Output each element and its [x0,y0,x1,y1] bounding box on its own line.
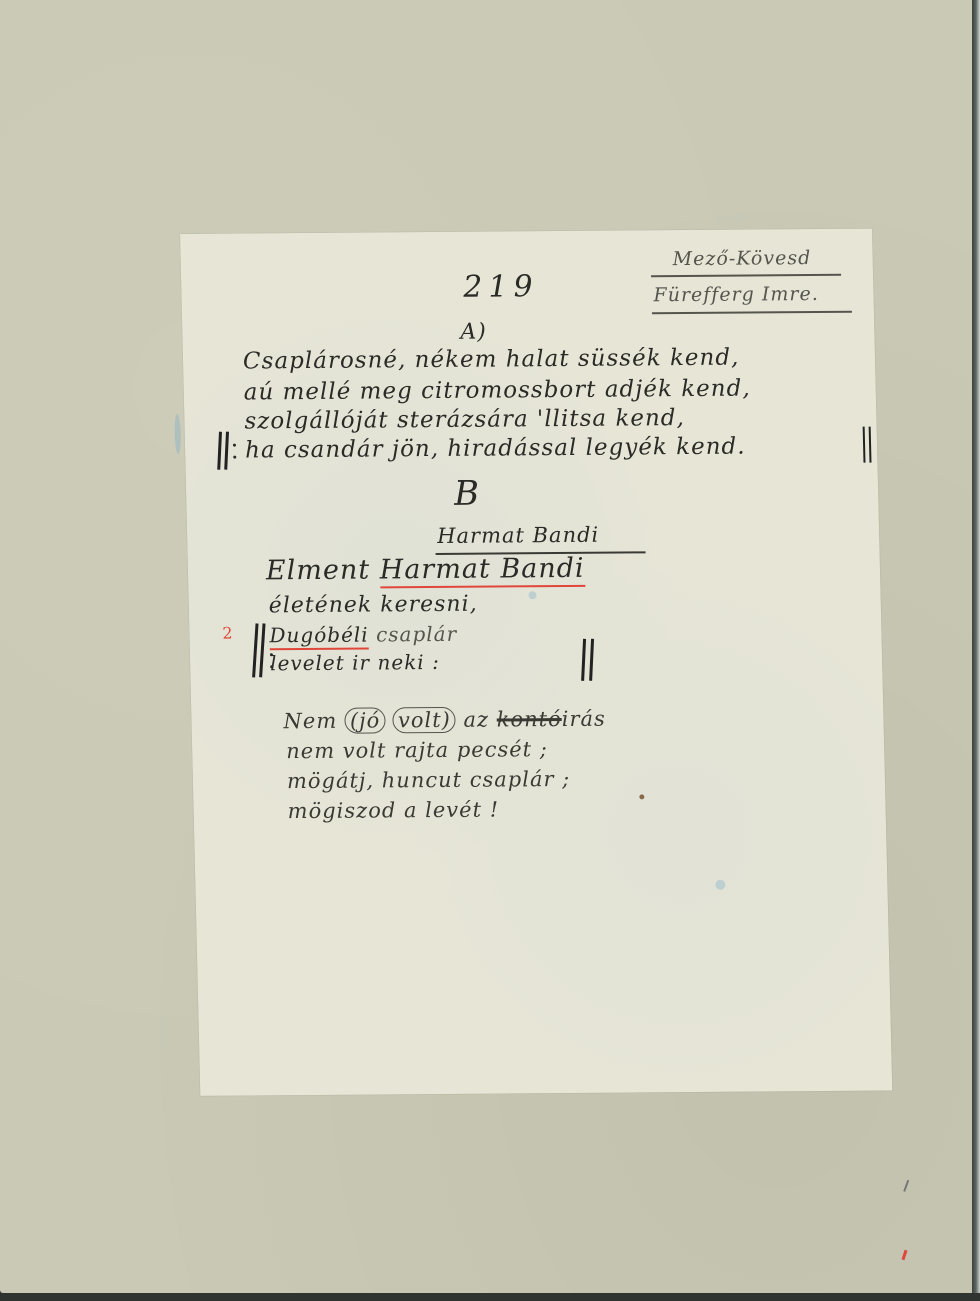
section-a-label: A) [460,320,487,345]
repeat-start-bar [252,623,258,677]
section-b-line-4: levelet ir neki : [270,650,440,675]
repeat-start-bar [217,432,222,470]
location-rule [651,274,841,277]
location-annotation: Mező-Kövesd [672,247,811,270]
pencil-text: csaplár [368,622,457,647]
manuscript-sheet: 219 Mező-Kövesd Fürefferg Imre. A) Csapl… [180,229,892,1096]
repeat-end-bar [581,639,586,681]
margin-red-mark: 2 [222,624,234,643]
section-a-line-4: ha csandár jön, hiradással legyék kend. [245,434,746,464]
section-a-line-1: Csaplárosné, nékem halat süssék kend, [243,345,740,375]
section-b-line-2: életének keresni, [268,592,477,619]
section-c-line-2: nem volt rajta pecsét ; [286,737,548,763]
repeat-start-bar [259,623,265,677]
pencil-mark [903,1180,909,1192]
section-a-line-3: szolgállóját sterázsára 'llitsa kend, [244,405,685,434]
section-c-line-4: mögiszod a levét ! [287,798,499,824]
section-b-line-3: Dugóbéli csaplár [269,622,457,647]
section-c-line-3: mögátj, huncut csaplár ; [287,767,571,793]
collector-annotation: Fürefferg Imre. [653,283,819,306]
red-underlined-word: Dugóbéli [269,623,369,651]
page-number: 219 [463,269,539,305]
scanner-edge [972,0,980,1301]
section-b-line-1: Elment Harmat Bandi [266,553,585,586]
section-c-line-1: Nem (jó volt) az kontóirás [283,707,606,734]
line-text: Elment [266,554,380,586]
circled-word: volt) [393,707,456,733]
repeat-start-bar [224,432,229,470]
collector-rule [652,311,852,314]
circled-word: (jó [345,707,386,733]
section-b-title: Harmat Bandi [437,523,600,548]
repeat-end-bar [869,427,872,463]
mounting-board: 219 Mező-Kövesd Fürefferg Imre. A) Csapl… [0,0,972,1293]
scanner-edge [0,1293,980,1301]
red-fleck [902,1250,908,1260]
repeat-end-bar [863,427,866,463]
section-a-line-2: aú mellé meg citromossbort adjék kend, [243,376,750,406]
struck-word: kontó [496,707,562,732]
red-underlined-name: Harmat Bandi [379,553,585,589]
section-b-label: B [454,474,481,514]
repeat-end-bar [589,639,594,681]
